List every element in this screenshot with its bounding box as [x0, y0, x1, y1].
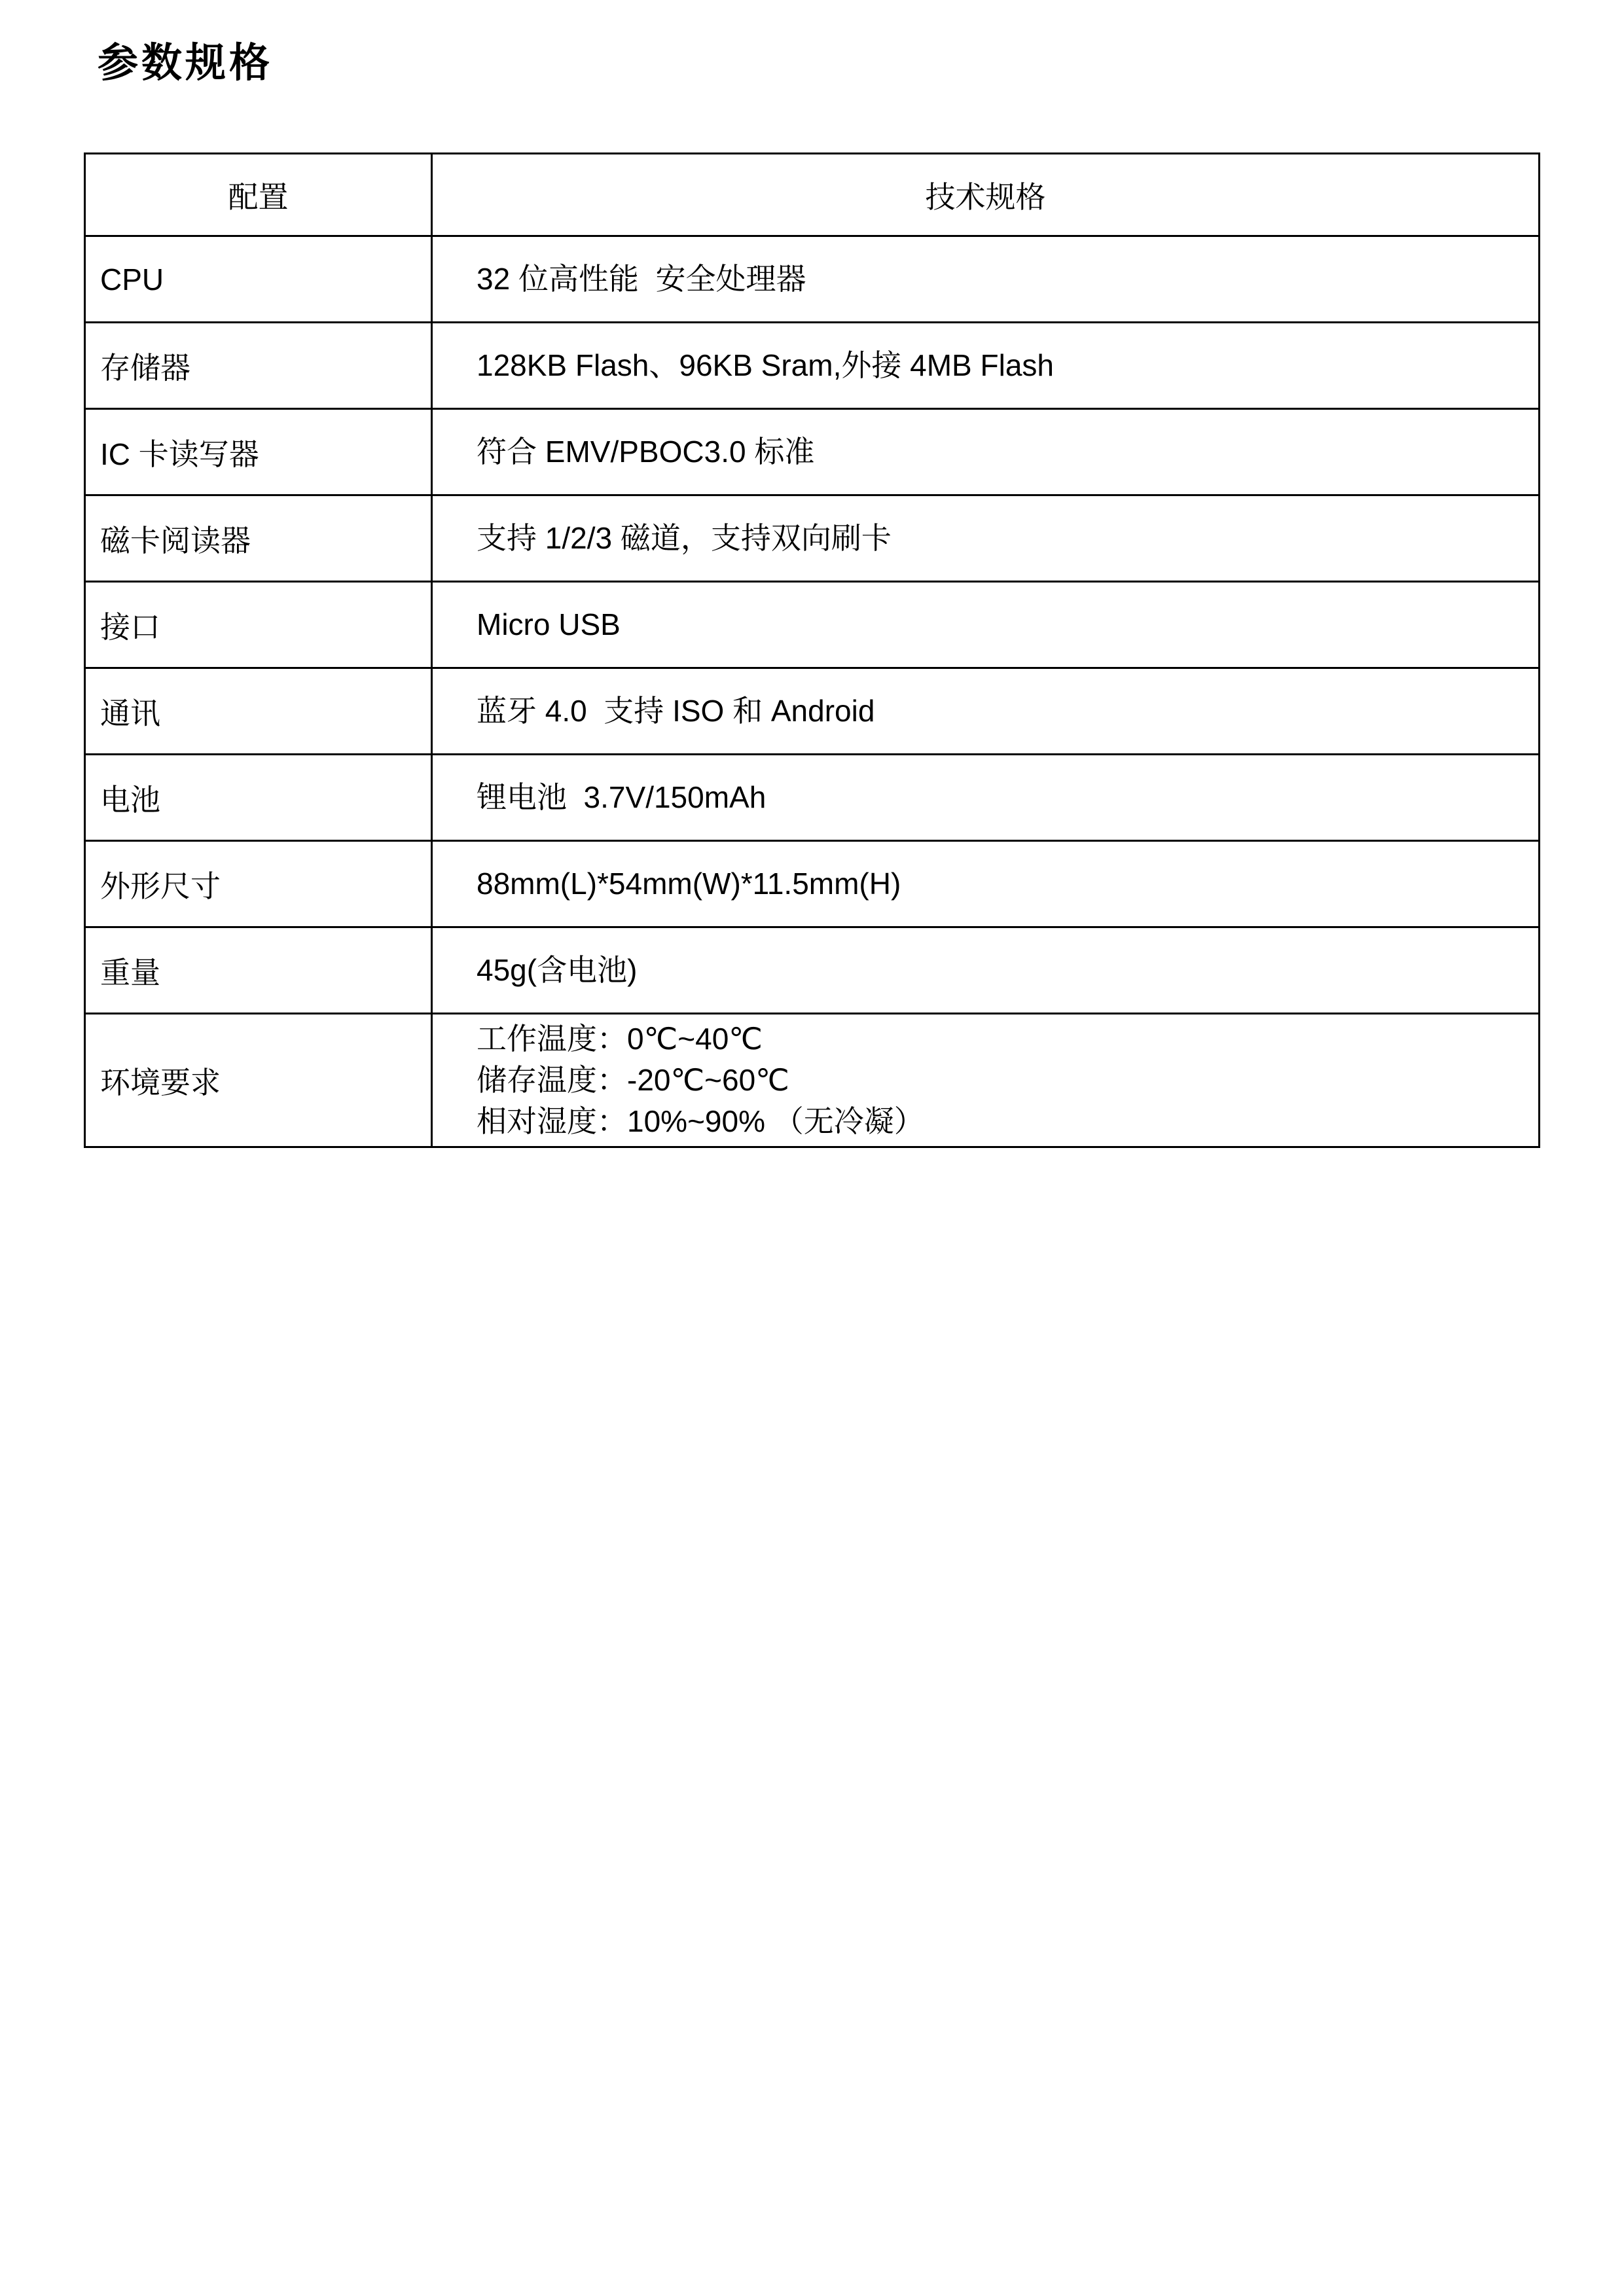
- row-label: 磁卡阅读器: [85, 495, 432, 582]
- header-cell-tech-spec: 技术规格: [432, 154, 1540, 236]
- table-header-row: 配置 技术规格: [85, 154, 1540, 236]
- row-label: 电池: [85, 755, 432, 841]
- row-label: 存储器: [85, 323, 432, 409]
- table-row-weight: 重量 45g(含电池): [85, 927, 1540, 1014]
- table-row-ic-card-reader: IC 卡读写器 符合 EMV/PBOC3.0 标准: [85, 409, 1540, 495]
- row-label: IC 卡读写器: [85, 409, 432, 495]
- table-row-memory: 存储器 128KB Flash、96KB Sram,外接 4MB Flash: [85, 323, 1540, 409]
- table-row-cpu: CPU 32 位高性能 安全处理器: [85, 236, 1540, 323]
- row-label: 环境要求: [85, 1014, 432, 1147]
- table-row-interface: 接口 Micro USB: [85, 582, 1540, 668]
- row-value: 锂电池 3.7V/150mAh: [432, 755, 1540, 841]
- row-label: 外形尺寸: [85, 841, 432, 927]
- table-row-magnetic-card-reader: 磁卡阅读器 支持 1/2/3 磁道，支持双向刷卡: [85, 495, 1540, 582]
- row-label: 通讯: [85, 668, 432, 755]
- row-value: 45g(含电池): [432, 927, 1540, 1014]
- table-row-communication: 通讯 蓝牙 4.0 支持 ISO 和 Android: [85, 668, 1540, 755]
- row-value: 工作温度：0℃~40℃ 储存温度：-20℃~60℃ 相对湿度：10%~90% （…: [432, 1014, 1540, 1147]
- row-value: 支持 1/2/3 磁道，支持双向刷卡: [432, 495, 1540, 582]
- row-value: 128KB Flash、96KB Sram,外接 4MB Flash: [432, 323, 1540, 409]
- row-label: 重量: [85, 927, 432, 1014]
- spec-table: 配置 技术规格 CPU 32 位高性能 安全处理器 存储器 128KB Flas…: [84, 152, 1540, 1148]
- document-page: 参数规格 配置 技术规格 CPU 32 位高性能 安全处理器 存储器 128KB…: [0, 0, 1624, 2296]
- page-title: 参数规格: [98, 43, 273, 84]
- row-label: CPU: [85, 236, 432, 323]
- row-value: 蓝牙 4.0 支持 ISO 和 Android: [432, 668, 1540, 755]
- row-value: 符合 EMV/PBOC3.0 标准: [432, 409, 1540, 495]
- table-row-environment: 环境要求 工作温度：0℃~40℃ 储存温度：-20℃~60℃ 相对湿度：10%~…: [85, 1014, 1540, 1147]
- row-value: 88mm(L)*54mm(W)*11.5mm(H): [432, 841, 1540, 927]
- row-value: 32 位高性能 安全处理器: [432, 236, 1540, 323]
- table-row-battery: 电池 锂电池 3.7V/150mAh: [85, 755, 1540, 841]
- header-cell-config: 配置: [85, 154, 432, 236]
- table-row-dimensions: 外形尺寸 88mm(L)*54mm(W)*11.5mm(H): [85, 841, 1540, 927]
- row-value: Micro USB: [432, 582, 1540, 668]
- row-label: 接口: [85, 582, 432, 668]
